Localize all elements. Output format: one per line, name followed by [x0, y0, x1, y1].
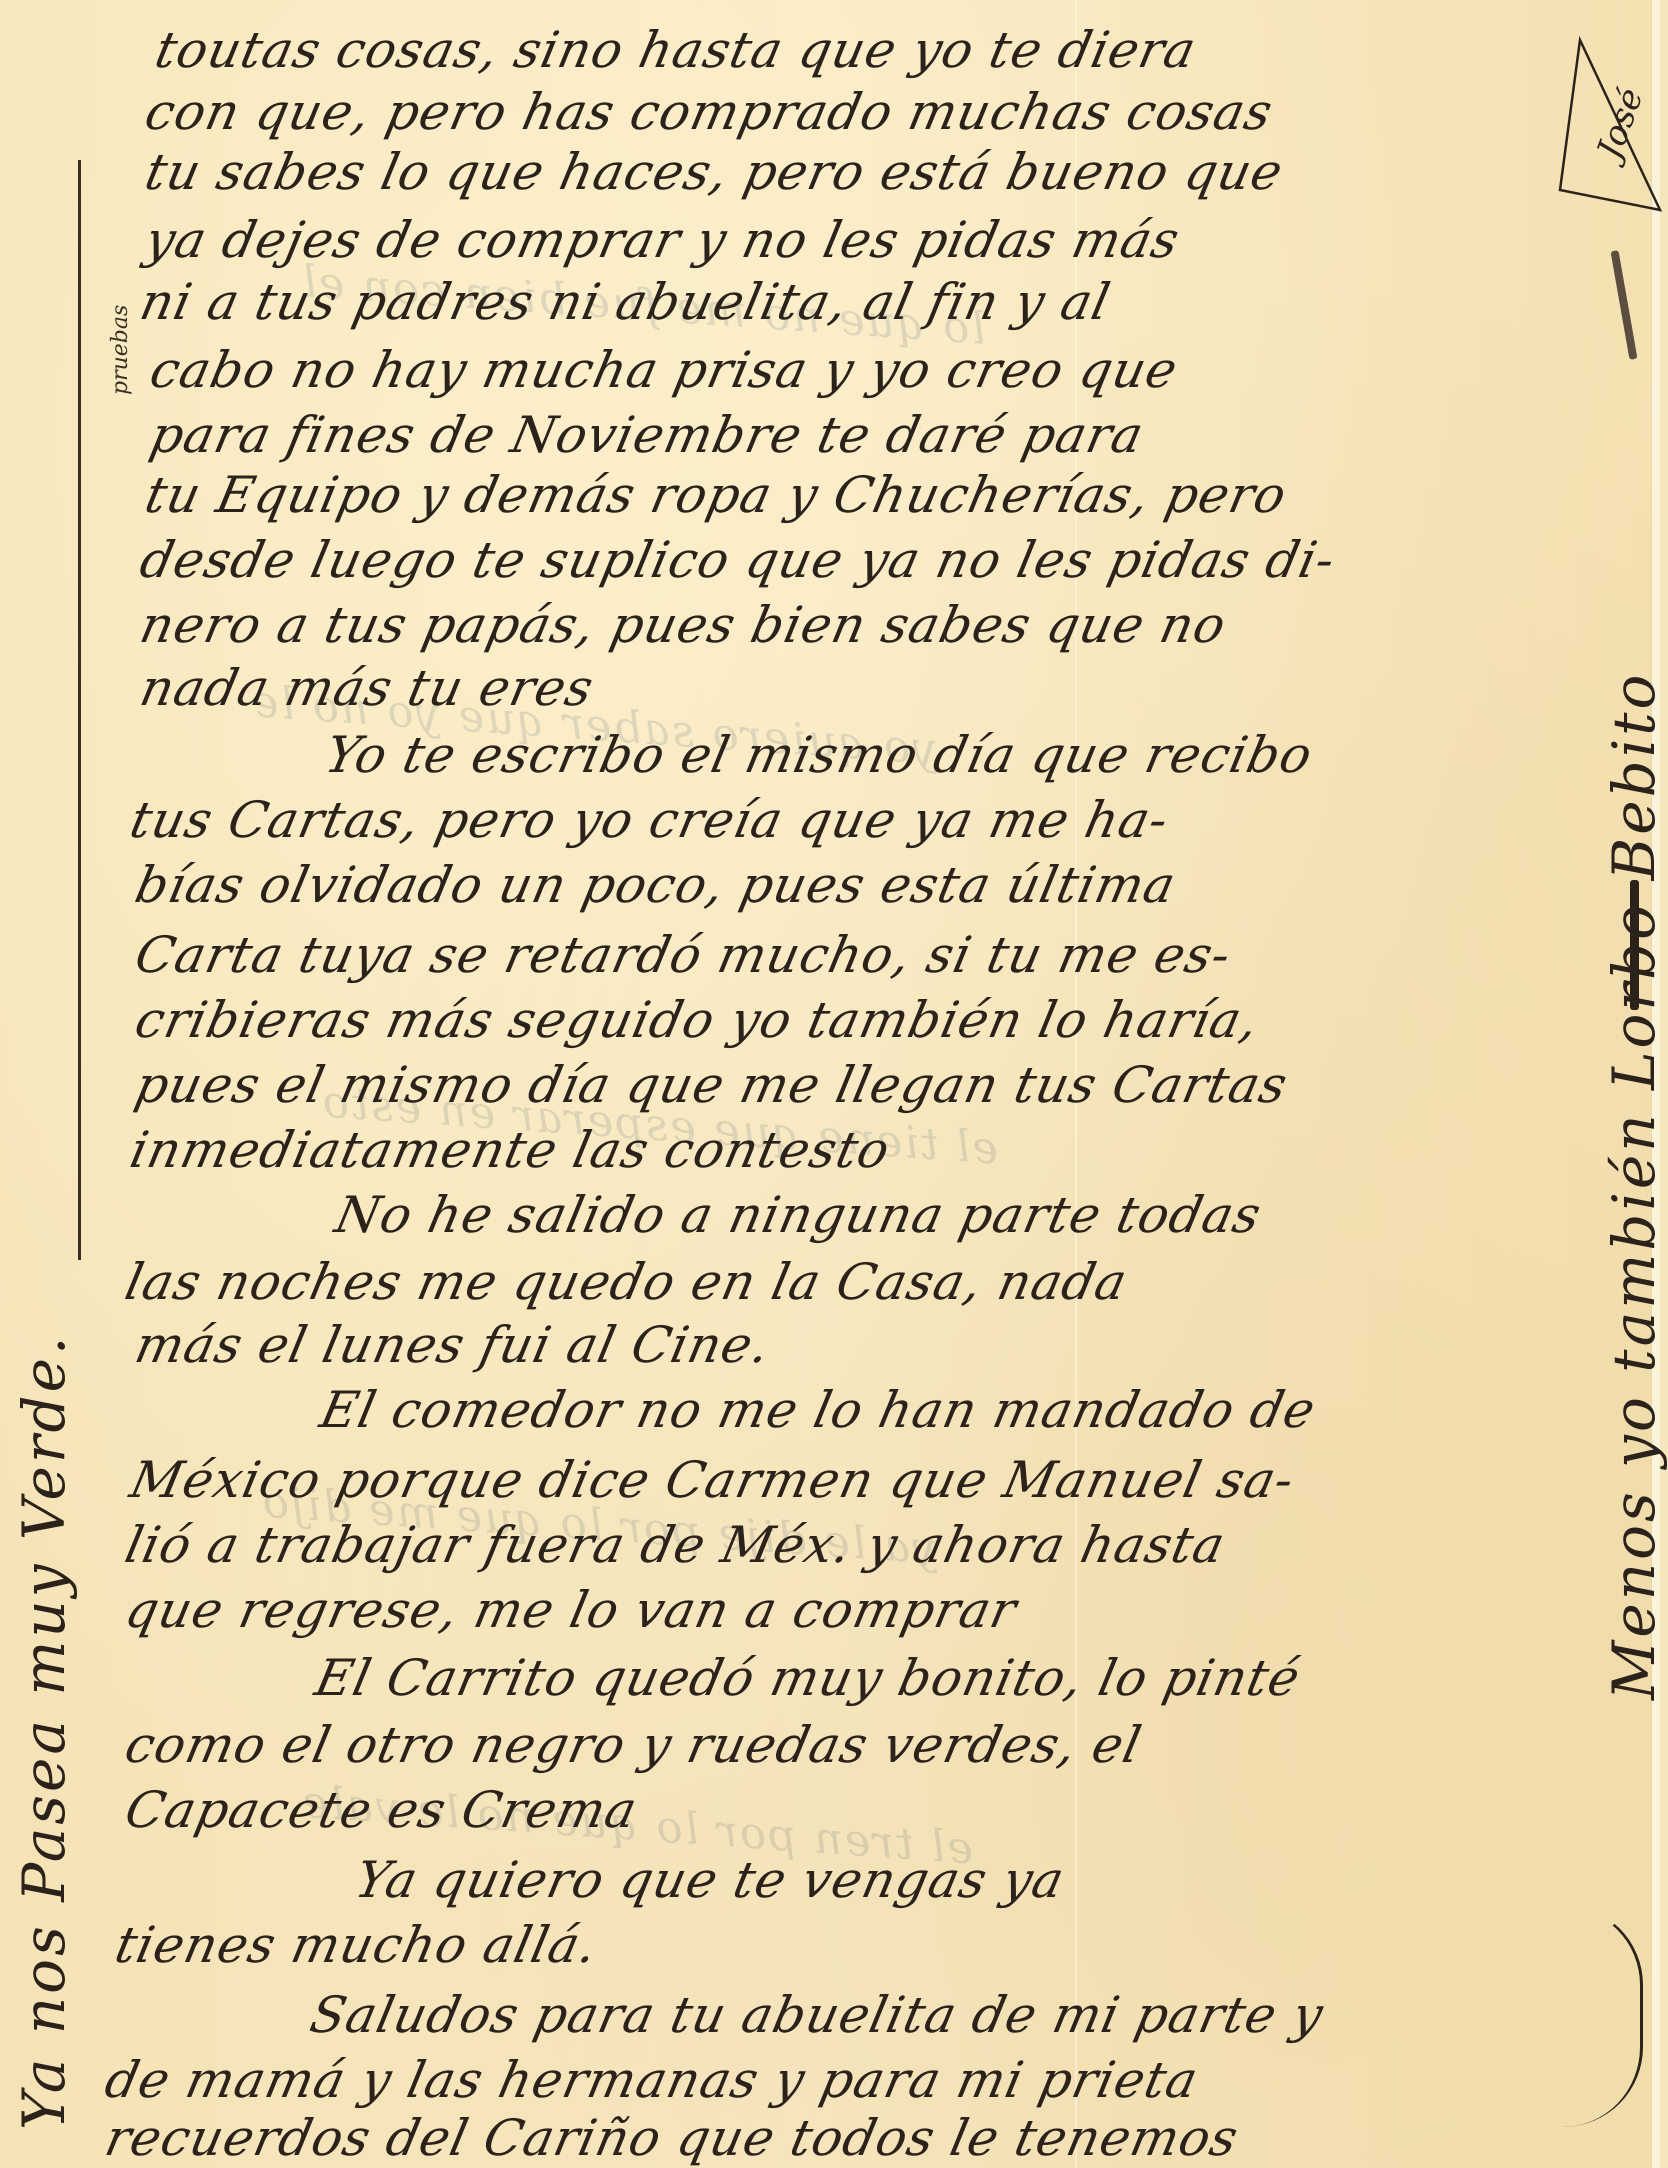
svg-text:José: José [1587, 83, 1651, 170]
letter-line: cribieras más seguido yo también lo harí… [130, 990, 1265, 1050]
letter-line: Saludos para tu abuelita de mi parte y [305, 1985, 1329, 2045]
letter-line: para fines de Noviembre te daré para [145, 405, 1149, 465]
letter-page: lo que no me fue bien con el yo quiero s… [0, 0, 1660, 2168]
letter-line: como el otro negro y ruedas verdes, el [120, 1715, 1147, 1775]
letter-line: de mamá y las hermanas y para mi prieta [100, 2050, 1204, 2110]
letter-line: recuerdos del Cariño que todos le tenemo… [100, 2108, 1244, 2168]
right-margin-note: Menos yo también Lorbo Bebito [1600, 672, 1668, 1700]
letter-line: pues el mismo día que me llegan tus Cart… [130, 1055, 1293, 1115]
letter-line: que regrese, me lo van a comprar [120, 1580, 1022, 1640]
letter-line: toutas cosas, sino hasta que yo te diera [150, 20, 1202, 80]
letter-line: No he salido a ninguna parte todas [330, 1185, 1267, 1245]
ink-stroke-mark [1611, 250, 1638, 360]
letter-line: tus Cartas, pero yo creía que ya me ha- [125, 790, 1174, 850]
letter-line: tienes mucho allá. [110, 1915, 603, 1975]
left-margin-small-note: pruebas [108, 305, 133, 395]
ink-stroke-mark [1630, 880, 1639, 1010]
corner-signature-triangle-icon: José [1550, 30, 1668, 220]
closing-bracket-mark [1560, 1905, 1643, 2127]
letter-line: Yo te escribo el mismo día que recibo [320, 725, 1318, 785]
letter-line: cabo no hay mucha prisa y yo creo que [145, 340, 1183, 400]
letter-line: ni a tus padres ni abuelita, al fin y al [135, 272, 1116, 332]
letter-line: nero a tus papás, pues bien sabes que no [135, 595, 1232, 655]
letter-line: las noches me quedo en la Casa, nada [120, 1252, 1133, 1312]
letter-line: con que, pero has comprado muchas cosas [140, 82, 1278, 142]
letter-line: tu Equipo y demás ropa y Chucherías, per… [140, 465, 1292, 525]
letter-line: Ya quiero que te vengas ya [350, 1850, 1070, 1910]
letter-line: bías olvidado un poco, pues esta última [130, 855, 1181, 915]
left-margin-note: Ya nos Pasea muy Verde. [10, 1334, 78, 2130]
letter-line: más el lunes fui al Cine. [130, 1315, 776, 1375]
letter-line: lió a trabajar fuera de Méx. y ahora has… [120, 1515, 1231, 1575]
letter-line: Carta tuya se retardó mucho, si tu me es… [130, 925, 1237, 985]
letter-line: inmediatamente las contesto [125, 1120, 896, 1180]
letter-line: ya dejes de comprar y no les pidas más [140, 210, 1185, 270]
letter-line: tu sabes lo que haces, pero está bueno q… [140, 142, 1289, 202]
letter-line: desde luego te suplico que ya no les pid… [135, 530, 1341, 590]
letter-line: México porque dice Carmen que Manuel sa- [125, 1450, 1300, 1510]
letter-line: El comedor no me lo han mandado de [315, 1380, 1321, 1440]
letter-line: Capacete es Crema [120, 1780, 643, 1840]
letter-line: nada más tu eres [135, 658, 599, 718]
letter-line: El Carrito quedó muy bonito, lo pinté [310, 1648, 1306, 1708]
left-margin-underline [78, 160, 81, 1260]
